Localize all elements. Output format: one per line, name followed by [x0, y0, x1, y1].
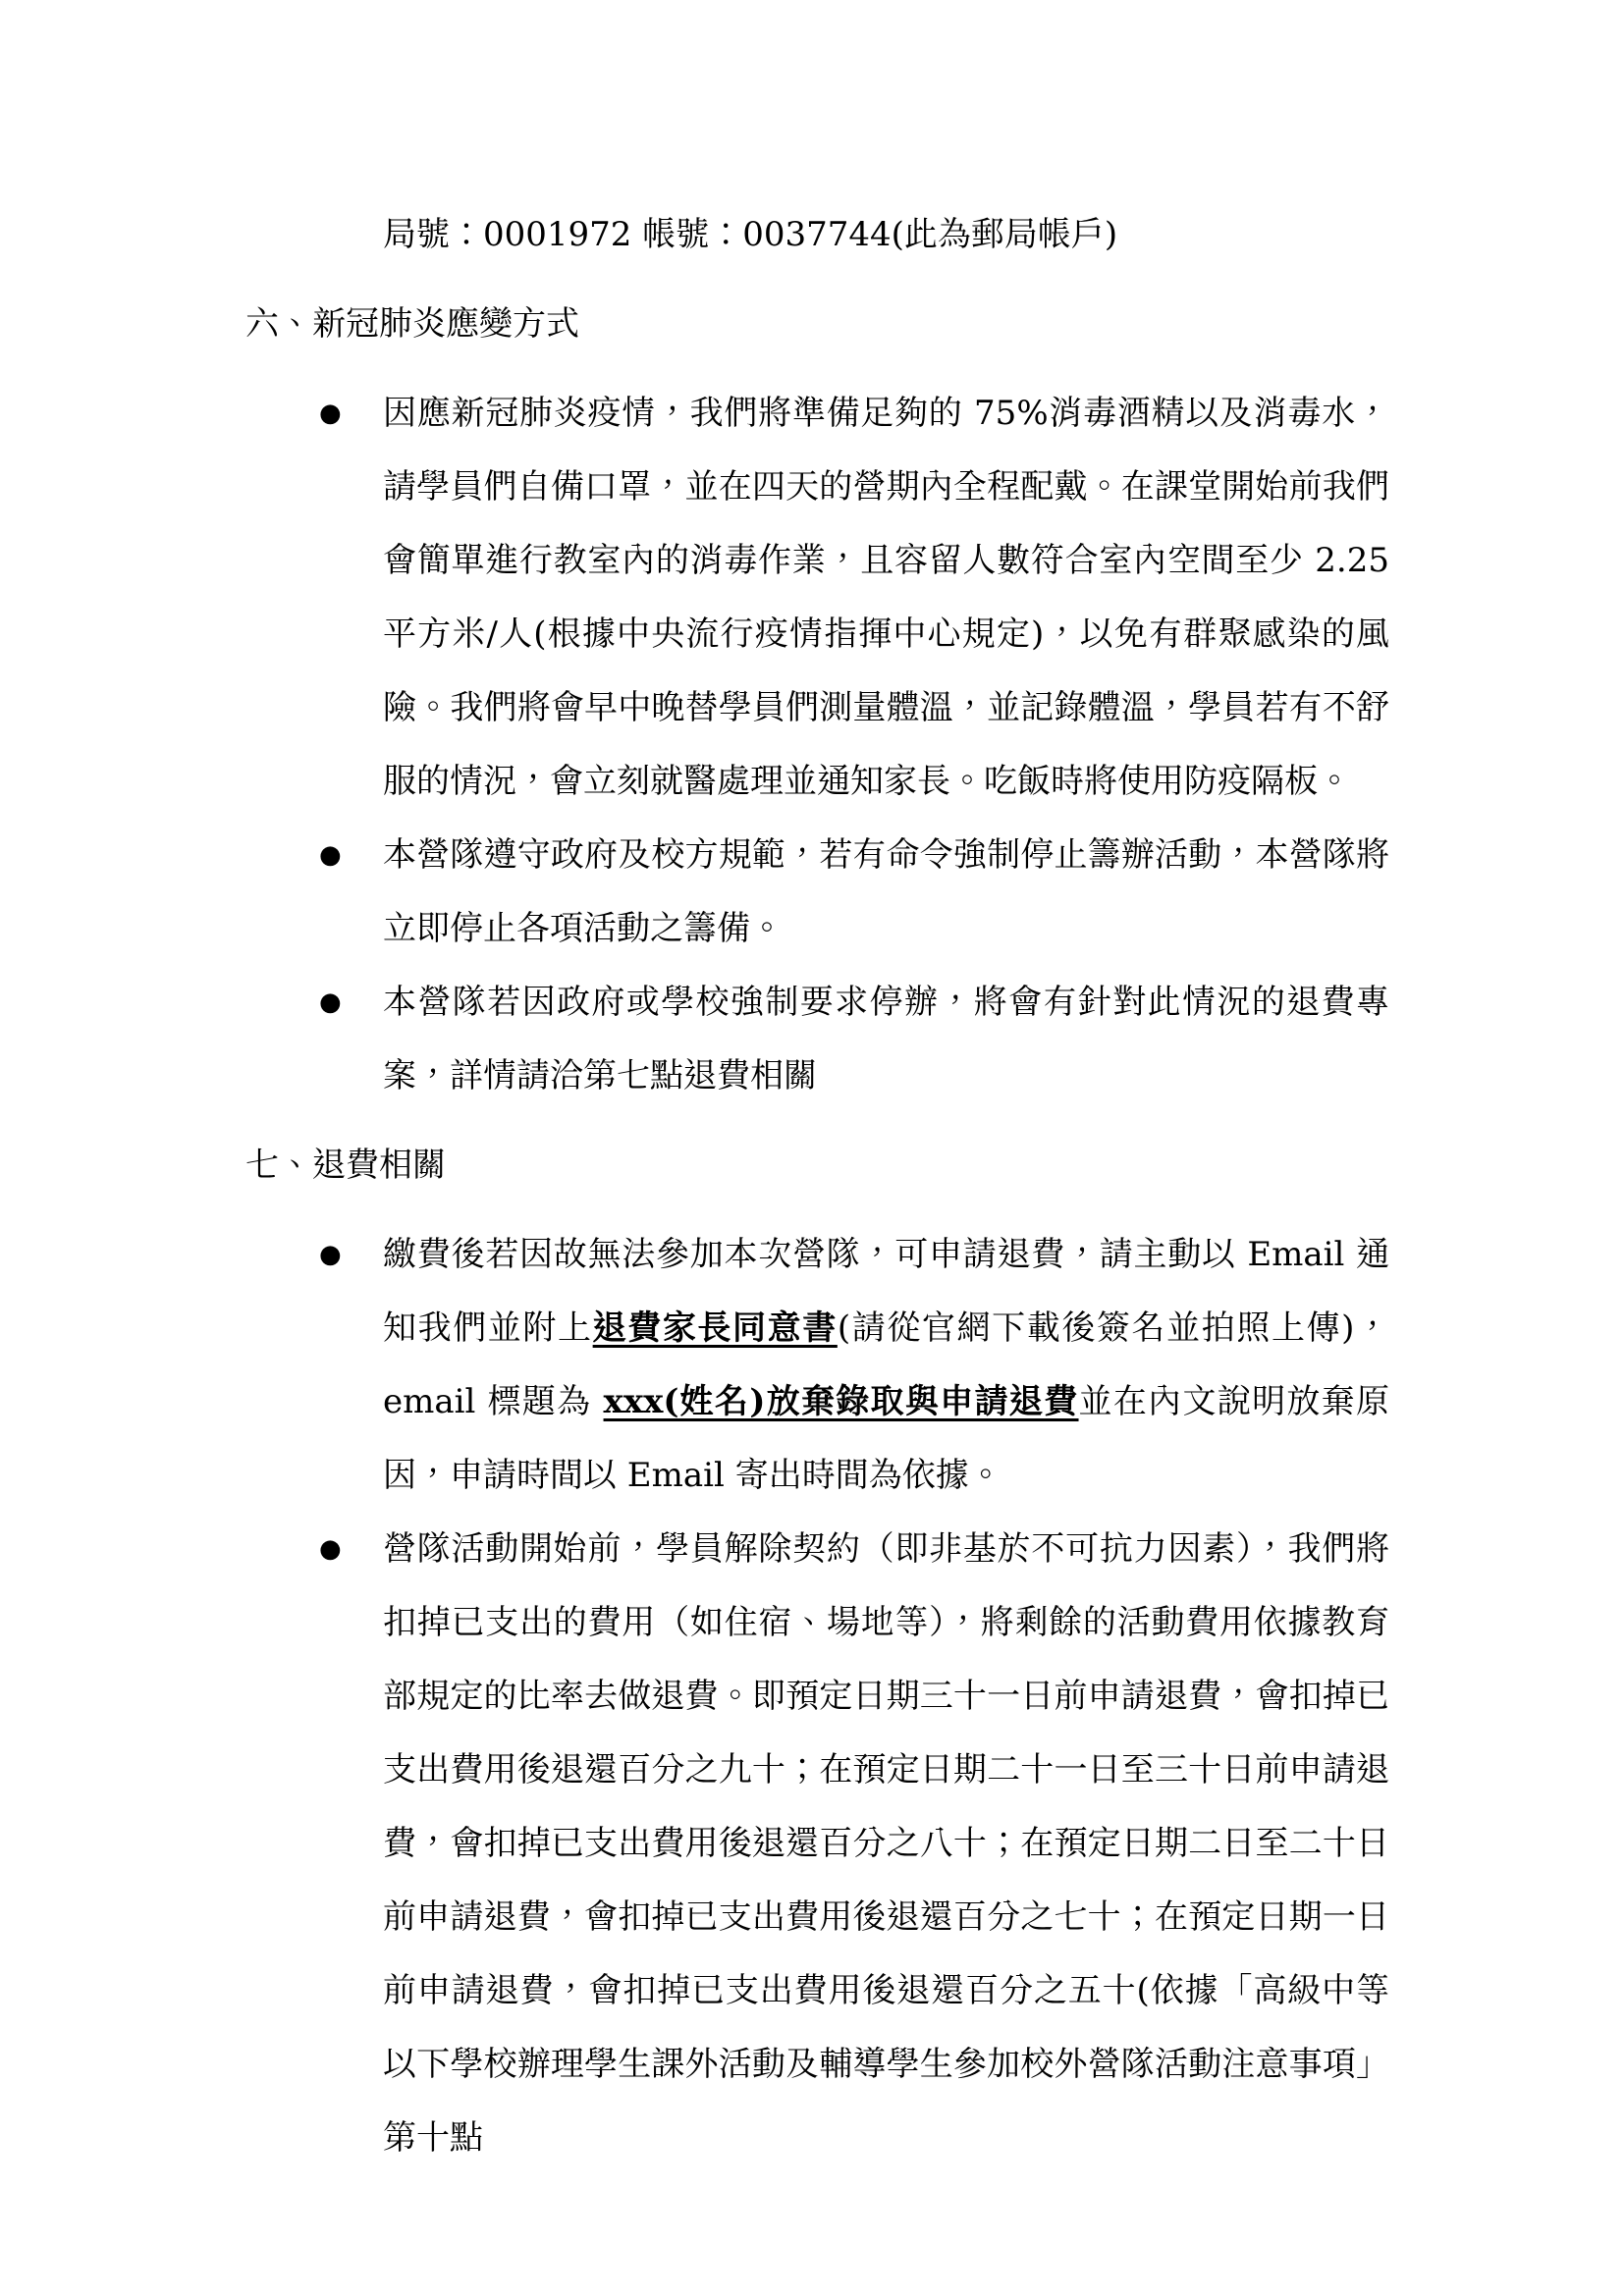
text-run: 本營隊若因政府或學校強制要求停辦，將會有針對此情況的退費專案，詳情請洽第七點退費… — [383, 983, 1389, 1095]
section-heading: 七、退費相關 — [245, 1129, 1398, 1202]
bullet-icon: ● — [319, 966, 383, 1040]
bullet-list: ●因應新冠肺炎疫情，我們將準備足夠的 75%消毒酒精以及消毒水，請學員們自備口罩… — [245, 377, 1398, 1113]
bullet-text: 繳費後若因故無法參加本次營隊，可申請退費，請主動以 Email 通知我們並附上退… — [383, 1218, 1389, 1513]
bullet-text: 營隊活動開始前，學員解除契約（即非基於不可抗力因素），我們將扣掉已支出的費用（如… — [383, 1513, 1389, 2175]
bullet-text: 本營隊遵守政府及校方規範，若有命令強制停止籌辦活動，本營隊將立即停止各項活動之籌… — [383, 819, 1389, 966]
text-run: 營隊活動開始前，學員解除契約（即非基於不可抗力因素），我們將扣掉已支出的費用（如… — [383, 1529, 1389, 2158]
bullet-text: 因應新冠肺炎疫情，我們將準備足夠的 75%消毒酒精以及消毒水，請學員們自備口罩，… — [383, 377, 1389, 819]
bullet-list: ●繳費後若因故無法參加本次營隊，可申請退費，請主動以 Email 通知我們並附上… — [245, 1218, 1398, 2175]
list-item: ●本營隊若因政府或學校強制要求停辦，將會有針對此情況的退費專案，詳情請洽第七點退… — [245, 966, 1398, 1113]
bullet-icon: ● — [319, 1513, 383, 1586]
text-run: 本營隊遵守政府及校方規範，若有命令強制停止籌辦活動，本營隊將立即停止各項活動之籌… — [383, 835, 1389, 948]
emphasized-text-run: xxx(姓名)放棄錄取與申請退費 — [604, 1382, 1079, 1421]
postal-account-line: 局號：0001972 帳號：0037744(此為郵局帳戶) — [383, 198, 1398, 272]
bullet-icon: ● — [319, 819, 383, 892]
document-page: 局號：0001972 帳號：0037744(此為郵局帳戶) 六、新冠肺炎應變方式… — [0, 0, 1624, 2296]
section-heading: 六、新冠肺炎應變方式 — [245, 288, 1398, 361]
text-run: 因應新冠肺炎疫情，我們將準備足夠的 75%消毒酒精以及消毒水，請學員們自備口罩，… — [383, 394, 1389, 801]
list-item: ●因應新冠肺炎疫情，我們將準備足夠的 75%消毒酒精以及消毒水，請學員們自備口罩… — [245, 377, 1398, 819]
emphasized-text-run: 退費家長同意書 — [593, 1308, 838, 1348]
list-item: ●本營隊遵守政府及校方規範，若有命令強制停止籌辦活動，本營隊將立即停止各項活動之… — [245, 819, 1398, 966]
list-item: ●營隊活動開始前，學員解除契約（即非基於不可抗力因素），我們將扣掉已支出的費用（… — [245, 1513, 1398, 2175]
list-item: ●繳費後若因故無法參加本次營隊，可申請退費，請主動以 Email 通知我們並附上… — [245, 1218, 1398, 1513]
bullet-text: 本營隊若因政府或學校強制要求停辦，將會有針對此情況的退費專案，詳情請洽第七點退費… — [383, 966, 1389, 1113]
bullet-icon: ● — [319, 1218, 383, 1292]
sections-container: 六、新冠肺炎應變方式●因應新冠肺炎疫情，我們將準備足夠的 75%消毒酒精以及消毒… — [245, 288, 1398, 2175]
bullet-icon: ● — [319, 377, 383, 451]
